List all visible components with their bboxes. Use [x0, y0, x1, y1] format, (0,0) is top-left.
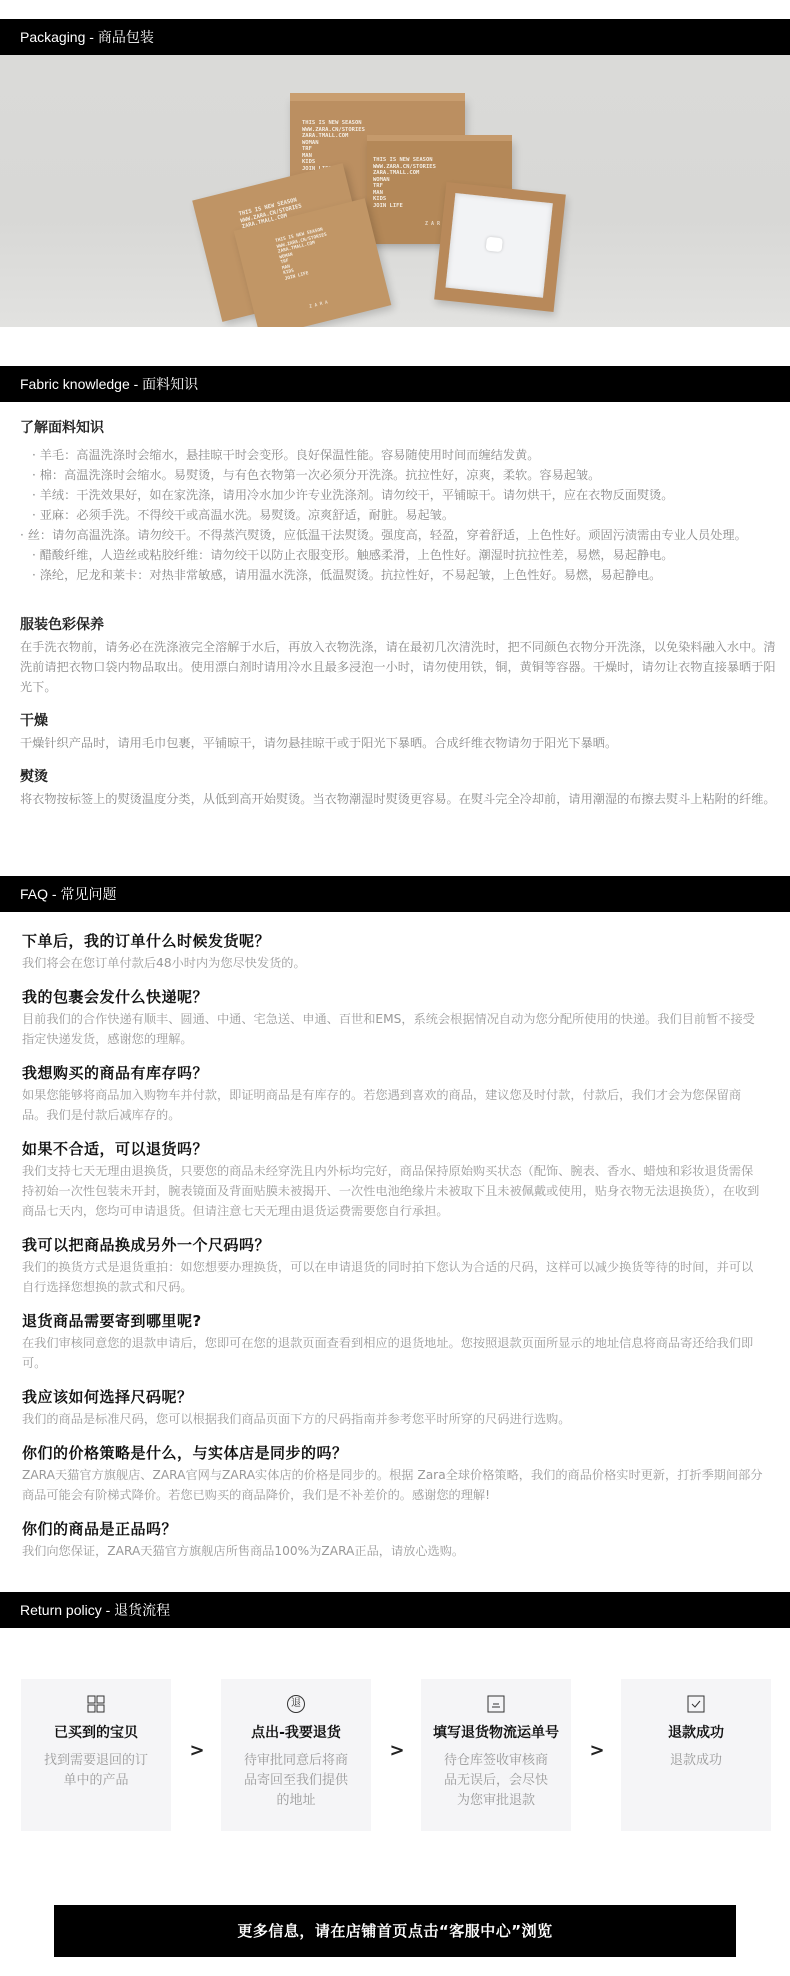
faq-question: 你们的价格策略是什么，与实体店是同步的吗？	[22, 1442, 764, 1464]
step-title: 已买到的宝贝	[21, 1723, 171, 1743]
return-step-4: 退款成功 退款成功	[621, 1679, 771, 1831]
return-step-3: 填写退货物流运单号 待仓库签收审核商品无误后，会尽快为您审批退款	[421, 1679, 571, 1831]
faq-question: 如果不合适，可以退货吗？	[22, 1138, 764, 1160]
checkbox-icon	[687, 1695, 705, 1713]
faq-item: 你们的商品是正品吗？ 我们向您保证，ZARA天猫官方旗舰店所售商品100%为ZA…	[22, 1518, 764, 1561]
faq-item: 我想购买的商品有库存吗？ 如果您能够将商品加入购物车并付款，即证明商品是有库存的…	[22, 1062, 764, 1125]
envelope-print-text: THIS IS NEW SEASON WWW.ZARA.CN/STORIES Z…	[275, 227, 336, 282]
faq-list: 下单后，我的订单什么时候发货呢？ 我们将会在您订单付款后48小时内为您尽快发货的…	[22, 930, 764, 1574]
faq-question: 我应该如何选择尺码呢？	[22, 1386, 764, 1408]
step-title: 填写退货物流运单号	[421, 1723, 571, 1743]
fabric-item-polyester: · 涤纶，尼龙和莱卡：对热非常敏感，请用温水洗涤，低温熨烫。抗拉性好，不易起皱，…	[32, 565, 777, 585]
faq-header: FAQ - 常见问题	[0, 876, 790, 912]
fabric-knowledge-title: 了解面料知识	[20, 418, 104, 438]
faq-question: 你们的商品是正品吗？	[22, 1518, 764, 1540]
fabric-item-cashmere: · 羊绒：干洗效果好，如在家洗涤，请用冷水加少许专业洗涤剂。请勿绞干，平铺晾干。…	[32, 485, 777, 505]
fabric-item-acetate: · 醋酸纤维，人造丝或粘胶纤维：请勿绞干以防止衣服变形。触感柔滑，上色性好。潮湿…	[32, 545, 777, 565]
faq-answer: 我们的换货方式是退货重拍：如您想要办理换货，可以在申请退货的同时拍下您认为合适的…	[22, 1257, 764, 1297]
step-arrow: >	[589, 1740, 605, 1761]
return-glyph: 退	[291, 1698, 301, 1709]
faq-answer: 目前我们的合作快递有顺丰、圆通、中通、宅急送、申通、百世和EMS，系统会根据情况…	[22, 1009, 764, 1049]
return-policy-header: Return policy - 退货流程	[0, 1592, 790, 1628]
fabric-header: Fabric knowledge - 面料知识	[0, 366, 790, 402]
grid-icon	[87, 1695, 105, 1713]
fabric-item-cotton: · 棉：高温洗涤时会缩水。易熨烫，与有色衣物第一次必须分开洗涤。抗拉性好，凉爽，…	[32, 465, 777, 485]
faq-answer: 我们将会在您订单付款后48小时内为您尽快发货的。	[22, 953, 764, 973]
faq-item: 我应该如何选择尺码呢？ 我们的商品是标准尺码，您可以根据我们商品页面下方的尺码指…	[22, 1386, 764, 1429]
faq-item: 如果不合适，可以退货吗？ 我们支持七天无理由退换货，只要您的商品未经穿洗且内外标…	[22, 1138, 764, 1221]
fabric-item-wool: · 羊毛：高温洗涤时会缩水，悬挂晾干时会变形。良好保温性能。容易随使用时间而缠结…	[32, 445, 777, 465]
faq-question: 我想购买的商品有库存吗？	[22, 1062, 764, 1084]
return-circle-icon: 退	[287, 1695, 305, 1713]
step-arrow: >	[389, 1740, 405, 1761]
faq-item: 我的包裹会发什么快递呢？ 目前我们的合作快递有顺丰、圆通、中通、宅急送、申通、百…	[22, 986, 764, 1049]
return-step-1: 已买到的宝贝 找到需要退回的订单中的产品	[21, 1679, 171, 1831]
step-desc: 找到需要退回的订单中的产品	[39, 1751, 153, 1791]
step-title: 点出-我要退货	[221, 1723, 371, 1743]
return-step-2: 退 点出-我要退货 待审批同意后将商品寄回至我们提供的地址	[221, 1679, 371, 1831]
ironing-title: 熨烫	[20, 767, 48, 787]
fabric-item-linen: · 亚麻：必须手洗。不得绞干或高温水洗。易熨烫。凉爽舒适，耐脏。易起皱。	[32, 505, 777, 525]
faq-answer: 我们支持七天无理由退换货，只要您的商品未经穿洗且内外标均完好，商品保持原始购买状…	[22, 1161, 764, 1221]
faq-item: 我可以把商品换成另外一个尺码吗？ 我们的换货方式是退货重拍：如您想要办理换货，可…	[22, 1234, 764, 1297]
box-print-text: THIS IS NEW SEASON WWW.ZARA.CN/STORIES Z…	[373, 157, 436, 209]
form-icon	[487, 1695, 505, 1713]
step-desc: 待审批同意后将商品寄回至我们提供的地址	[239, 1751, 353, 1811]
faq-question: 退货商品需要寄到哪里呢?	[22, 1310, 764, 1332]
step-desc: 待仓库签收审核商品无误后，会尽快为您审批退款	[439, 1751, 553, 1811]
packaging-header: Packaging - 商品包装	[0, 19, 790, 55]
faq-question: 我的包裹会发什么快递呢？	[22, 986, 764, 1008]
step-desc: 退款成功	[639, 1751, 753, 1771]
faq-question: 我可以把商品换成另外一个尺码吗？	[22, 1234, 764, 1256]
faq-item: 你们的价格策略是什么，与实体店是同步的吗？ ZARA天猫官方旗舰店、ZARA官网…	[22, 1442, 764, 1505]
drying-title: 干燥	[20, 711, 48, 731]
customer-service-banner: 更多信息，请在店铺首页点击“客服中心”浏览	[54, 1905, 736, 1957]
faq-item: 退货商品需要寄到哪里呢? 在我们审核同意您的退款申请后，您即可在您的退款页面查看…	[22, 1310, 764, 1373]
ironing-text: 将衣物按标签上的熨烫温度分类，从低到高开始熨烫。当衣物潮湿时熨烫更容易。在熨斗完…	[20, 789, 776, 809]
packaging-image: THIS IS NEW SEASON WWW.ZARA.CN/STORIES Z…	[0, 55, 790, 327]
color-care-title: 服装色彩保养	[20, 615, 104, 635]
step-title: 退款成功	[621, 1723, 771, 1743]
fabric-list: · 羊毛：高温洗涤时会缩水，悬挂晾干时会变形。良好保温性能。容易随使用时间而缠结…	[32, 445, 777, 585]
drying-text: 干燥针织产品时，请用毛巾包裹，平铺晾干，请勿悬挂晾干或于阳光下暴晒。合成纤维衣物…	[20, 733, 776, 753]
faq-answer: 如果您能够将商品加入购物车并付款，即证明商品是有库存的。若您遇到喜欢的商品，建议…	[22, 1085, 764, 1125]
faq-answer: 在我们审核同意您的退款申请后，您即可在您的退款页面查看到相应的退货地址。您按照退…	[22, 1333, 764, 1373]
color-care-text: 在手洗衣物前，请务必在洗涤液完全溶解于水后，再放入衣物洗涤，请在最初几次清洗时，…	[20, 637, 776, 697]
tissue-paper	[445, 193, 552, 298]
faq-question: 下单后，我的订单什么时候发货呢？	[22, 930, 764, 952]
faq-answer: 我们向您保证，ZARA天猫官方旗舰店所售商品100%为ZARA正品，请放心选购。	[22, 1541, 764, 1561]
open-box	[434, 182, 566, 312]
faq-item: 下单后，我的订单什么时候发货呢？ 我们将会在您订单付款后48小时内为您尽快发货的…	[22, 930, 764, 973]
faq-answer: 我们的商品是标准尺码，您可以根据我们商品页面下方的尺码指南并参考您平时所穿的尺码…	[22, 1409, 764, 1429]
faq-answer: ZARA天猫官方旗舰店、ZARA官网与ZARA实体店的价格是同步的。根据 Zar…	[22, 1465, 764, 1505]
brand-mark: Z A R A	[309, 300, 329, 311]
step-arrow: >	[189, 1740, 205, 1761]
fabric-item-silk: · 丝：请勿高温洗涤。请勿绞干。不得蒸汽熨烫，应低温干法熨烫。强度高，轻盈，穿着…	[20, 525, 777, 545]
